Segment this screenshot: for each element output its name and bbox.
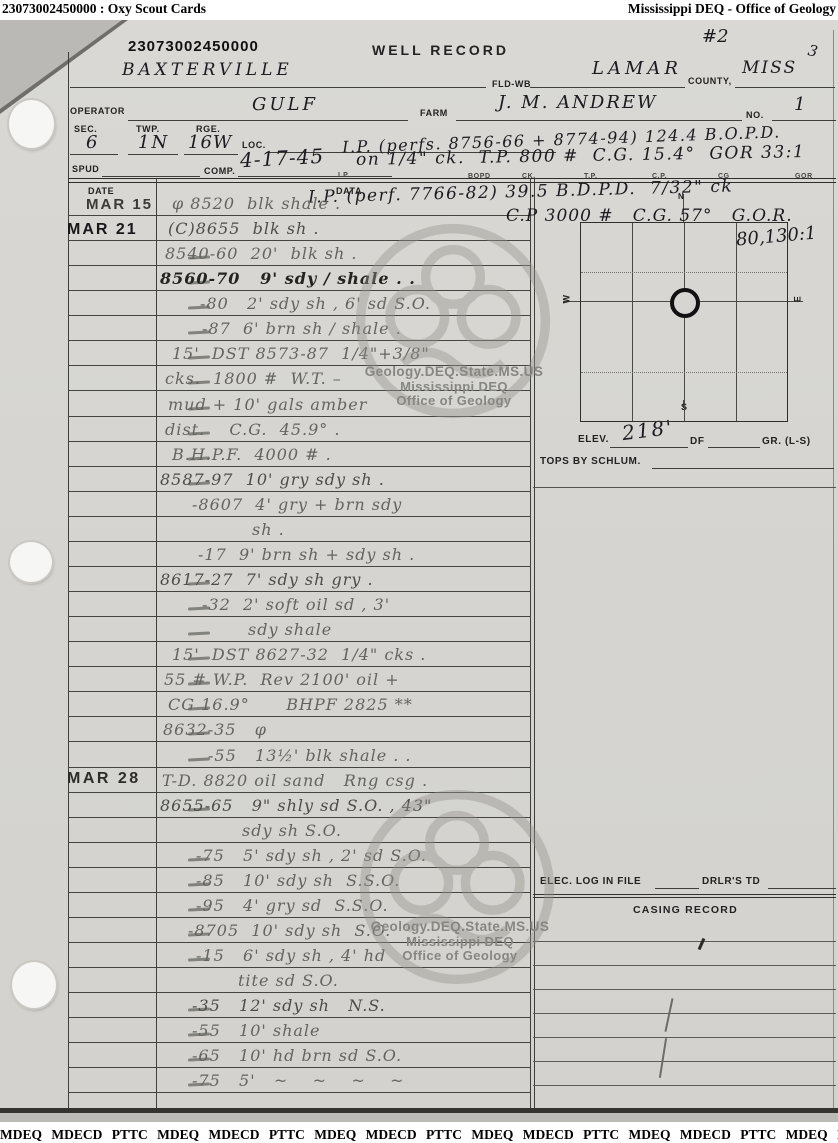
county-underline [530, 87, 685, 88]
df-label: DF [690, 436, 705, 447]
spud-label: SPUD [72, 164, 99, 174]
county-value: LAMAR [592, 58, 682, 79]
print-footer-bar: MDEQ MDECD PTTC MDEQ MDECD PTTC MDEQ MDE… [0, 1122, 838, 1143]
card-title: WELL RECORD [372, 42, 509, 58]
plat-west-label: W [562, 294, 572, 303]
page-number-annotation: 3 [806, 41, 819, 61]
card-left-border [68, 52, 69, 1112]
hole-punch [12, 962, 56, 1008]
plat-vline-1 [632, 223, 633, 421]
twp-value: 1N [138, 132, 169, 153]
twp-underline [128, 154, 178, 155]
well-no-value: 1 [794, 94, 805, 115]
gr-label: GR. (L-S) [762, 436, 811, 447]
log-row: tite sd S.O. [238, 971, 339, 990]
log-ruled-line [68, 491, 530, 492]
plat-vline-3 [736, 223, 737, 421]
pencil-mark [664, 998, 673, 1032]
date-stamp-mar28: MAR 28 [67, 770, 141, 788]
well-no-label: NO. [746, 110, 764, 120]
casing-ruled-line [533, 965, 836, 966]
well-location-marker [670, 288, 700, 318]
log-row: 8632-35 φ [163, 720, 267, 739]
watermark-url: Geology.DEQ.State.MS.US [358, 919, 562, 934]
log-row: CG 16.9° BHPF 2825 ** [168, 695, 413, 714]
log-row: mud + 10' gals amber [168, 395, 367, 414]
rge-underline [184, 154, 238, 155]
sec-value: 6 [86, 132, 97, 153]
date-stamp-mar15: MAR 15 [86, 196, 153, 213]
footer-agency-list: MDEQ MDECD PTTC MDEQ MDECD PTTC MDEQ MDE… [0, 1127, 838, 1142]
farm-label: FARM [420, 108, 448, 118]
state-value: MISS [742, 58, 797, 78]
card-number-annotation: #2 [702, 26, 729, 47]
torn-corner-paper [0, 20, 122, 109]
date-column-separator [156, 178, 157, 1113]
log-row: -55 13½' blk shale . . [208, 746, 412, 765]
document-id-title: 23073002450000 : Oxy Scout Cards [2, 1, 206, 17]
agency-title: Mississippi DEQ - Office of Geology [628, 1, 836, 17]
log-ruled-line [68, 716, 530, 717]
hole-punch [9, 100, 54, 148]
log-row: -17 9' brn sh + sdy sh . [198, 545, 415, 564]
casing-ruled-line [533, 1037, 836, 1038]
log-ruled-line [68, 1092, 530, 1093]
log-ruled-line [68, 566, 530, 567]
log-row: 8540-60 20' blk sh . [165, 244, 357, 263]
plat-vline-center [684, 223, 685, 421]
casing-ruled-line [533, 1013, 836, 1014]
spud-underline [102, 176, 200, 177]
log-ruled-line [68, 541, 530, 542]
section-plat-map [580, 222, 788, 422]
log-row: 55 # W.P. Rev 2100' oil + [164, 670, 400, 689]
watermark-office: Office of Geology [352, 393, 556, 408]
log-row: 8617-27 7' sdy sh gry . [160, 570, 374, 589]
log-ruled-line [68, 691, 530, 692]
casing-ruled-line [533, 1085, 836, 1086]
well-api-number: 23073002450000 [128, 38, 259, 55]
log-ruled-line [68, 1042, 530, 1043]
plat-east-label: E [792, 296, 802, 303]
field-underline [70, 87, 486, 88]
log-row: sh . [252, 520, 285, 539]
print-header-bar: 23073002450000 : Oxy Scout Cards Mississ… [0, 0, 838, 20]
comp-value: 4-17-45 [239, 144, 324, 172]
watermark-agency: Mississippi DEQ [352, 379, 556, 394]
watermark-office: Office of Geology [358, 948, 562, 963]
log-row: sdy shale [248, 620, 332, 639]
log-ruled-line [68, 641, 530, 642]
log-row: -55 10' shale [192, 1021, 321, 1040]
log-row: 8587-97 10' gry sdy sh . [160, 470, 385, 489]
sec-underline [70, 154, 118, 155]
pencil-mark [659, 1038, 667, 1078]
log-ruled-line [68, 616, 530, 617]
card-right-border [833, 30, 834, 1112]
log-ruled-line [68, 992, 530, 993]
rge-value: 16W [188, 132, 232, 153]
field-label: FLD-WB [492, 79, 531, 89]
log-ruled-line [68, 516, 530, 517]
pencil-tick [188, 631, 210, 635]
elev-underline [610, 447, 688, 448]
log-ruled-line [68, 591, 530, 592]
panel-section-rule [533, 487, 836, 488]
log-ruled-line [68, 767, 530, 768]
log-row: 15' DST 8627-32 1/4" cks . [172, 645, 426, 664]
field-name-value: BAXTERVILLE [122, 60, 293, 80]
comp-label: COMP. [204, 166, 235, 176]
log-ruled-line [68, 741, 530, 742]
casing-ruled-line [533, 1061, 836, 1062]
scanned-well-record-card: 23073002450000 WELL RECORD #2 3 BAXTERVI… [0, 20, 838, 1122]
log-ruled-line [68, 1017, 530, 1018]
pencil-mark [698, 938, 706, 950]
plat-hline-quarter-top [581, 272, 787, 273]
tops-label: TOPS BY SCHLUM. [540, 456, 641, 467]
casing-record-title: CASING RECORD [633, 904, 738, 916]
log-row: -8607 4' gry + brn sdy [192, 495, 402, 514]
drlrs-td-label: DRLR'S TD [702, 876, 760, 887]
farm-underline [456, 120, 742, 121]
log-row: B.H.P.F. 4000 # . [172, 445, 332, 464]
farm-value: J. M. ANDREW [498, 92, 658, 113]
scan-bottom-shadow [0, 1113, 838, 1122]
casing-ruled-line [533, 941, 836, 942]
log-ruled-line [68, 1067, 530, 1068]
tops-underline [652, 468, 834, 469]
log-row: (C)8655 blk sh . [168, 219, 319, 238]
elev-label: ELEV. [578, 434, 609, 445]
casing-double-rule-1 [533, 894, 836, 895]
log-row: -75 5' ~ ~ ~ ~ [192, 1071, 405, 1090]
operator-label: OPERATOR [70, 106, 125, 116]
operator-underline [128, 120, 408, 121]
hole-punch [10, 542, 52, 582]
casing-ruled-line [533, 989, 836, 990]
casing-double-rule-2 [533, 897, 836, 898]
log-ruled-line [68, 466, 530, 467]
log-row: φ 8520 blk shale . [172, 194, 341, 213]
watermark-url: Geology.DEQ.State.MS.US [352, 364, 556, 379]
log-row: -35 12' sdy sh N.S. [192, 996, 386, 1015]
log-row: -65 10' hd brn sd S.O. [192, 1046, 402, 1065]
log-row: dist. C.G. 45.9° . [165, 420, 340, 439]
log-row: cks. 1800 # W.T. – [165, 369, 342, 388]
watermark-agency: Mississippi DEQ [358, 934, 562, 949]
plat-hline-quarter-bottom [581, 372, 787, 373]
pencil-tick [188, 757, 210, 761]
date-column-header: DATE [88, 186, 114, 196]
log-ruled-line [68, 441, 530, 442]
log-row: sdy sh S.O. [242, 821, 342, 840]
df-underline [708, 447, 760, 448]
operator-value: GULF [252, 94, 318, 115]
page: 23073002450000 : Oxy Scout Cards Mississ… [0, 0, 838, 1143]
elec-underline [655, 888, 699, 889]
state-underline [735, 87, 835, 88]
county-label: COUNTY, [688, 76, 732, 86]
comp-underline [238, 176, 392, 177]
well-no-underline [772, 120, 836, 121]
log-ruled-line [68, 666, 530, 667]
date-stamp-mar21: MAR 21 [67, 221, 138, 239]
log-row: -32 2' soft oil sd , 3' [202, 595, 390, 614]
drlrs-underline [768, 888, 836, 889]
